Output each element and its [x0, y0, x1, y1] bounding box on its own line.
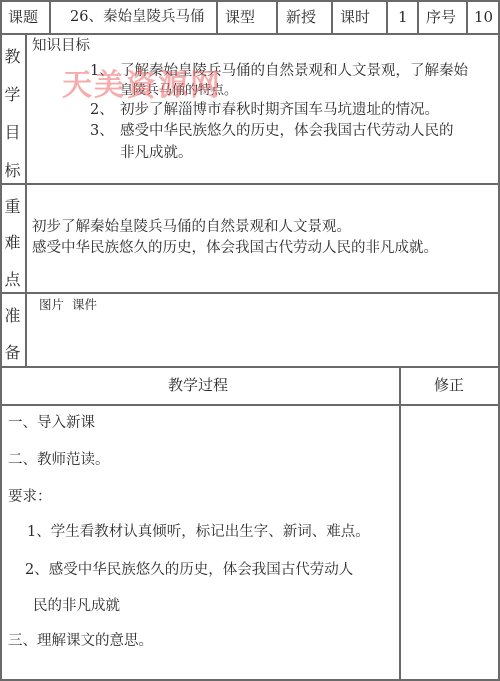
revision-header: 修正 — [434, 378, 464, 393]
objective-number: 2、 — [90, 103, 114, 118]
objective-text: 初步了解淄博市春秋时期齐国车马坑遗址的情况。 — [120, 103, 439, 118]
keypoint-line: 初步了解秦始皇陵兵马俑的自然景观和人文景观。 — [32, 220, 351, 235]
prep-label-char: 备 — [0, 340, 25, 363]
topic-value: 26、秦始皇陵兵马俑 — [70, 10, 204, 25]
objective-number: 1、 — [90, 64, 114, 79]
objective-number: 3、 — [90, 124, 114, 139]
process-line: 民的非凡成就 — [33, 599, 120, 614]
process-line: 2、感受中华民族悠久的历史，体会我国古代劳动人 — [25, 563, 353, 578]
objective-text: 感受中华民族悠久的历史，体会我国古代劳动人民的 — [120, 124, 454, 139]
border-top — [0, 0, 500, 2]
topic-label: 课题 — [8, 10, 38, 25]
process-line: 二、教师范读。 — [8, 453, 110, 468]
col-divider — [466, 0, 468, 34]
objectives-heading: 知识目标 — [32, 39, 90, 54]
process-line: 三、理解课文的意思。 — [8, 634, 153, 649]
objectives-label-char: 学 — [0, 82, 25, 105]
border-keypoints-bottom — [0, 292, 500, 294]
col-divider — [331, 0, 333, 34]
objective-text-cont: 皇陵兵马俑的特点。 — [120, 84, 237, 97]
seq-label: 序号 — [426, 10, 456, 25]
hours-value: 1 — [398, 10, 408, 25]
process-line: 一、导入新课 — [8, 416, 95, 431]
revision-column[interactable] — [401, 406, 498, 679]
prep-value: 图片 课件 — [39, 299, 97, 312]
keypoints-label-char: 点 — [0, 267, 25, 290]
border-prep-bottom — [0, 366, 500, 368]
prep-label-char: 准 — [0, 303, 25, 326]
keypoints-label-char: 难 — [0, 230, 25, 253]
keypoints-label-char: 重 — [0, 194, 25, 217]
col-divider — [417, 0, 419, 34]
col-divider — [216, 0, 218, 34]
col-divider — [49, 0, 51, 34]
hours-label: 课时 — [340, 10, 370, 25]
border-header-bottom — [0, 33, 500, 35]
type-value: 新授 — [286, 10, 316, 25]
process-line: 1、学生看教材认真倾听，标记出生字、新词、难点。 — [27, 525, 370, 540]
process-line: 要求： — [8, 490, 52, 505]
objectives-label-char: 目 — [0, 120, 25, 143]
col-divider — [276, 0, 278, 34]
objective-text: 了解秦始皇陵兵马俑的自然景观和人文景观，了解秦始 — [120, 64, 468, 79]
label-col-divider — [25, 34, 27, 367]
border-objectives-bottom — [0, 183, 500, 185]
type-label: 课型 — [225, 10, 255, 25]
objectives-label-char: 教 — [0, 44, 25, 67]
process-header: 教学过程 — [168, 378, 228, 393]
seq-value: 10 — [474, 10, 493, 25]
col-divider — [386, 0, 388, 34]
keypoint-line: 感受中华民族悠久的历史，体会我国古代劳动人民的非凡成就。 — [32, 241, 438, 256]
objective-text-cont: 非凡成就。 — [120, 146, 193, 161]
objectives-label-char: 标 — [0, 158, 25, 181]
